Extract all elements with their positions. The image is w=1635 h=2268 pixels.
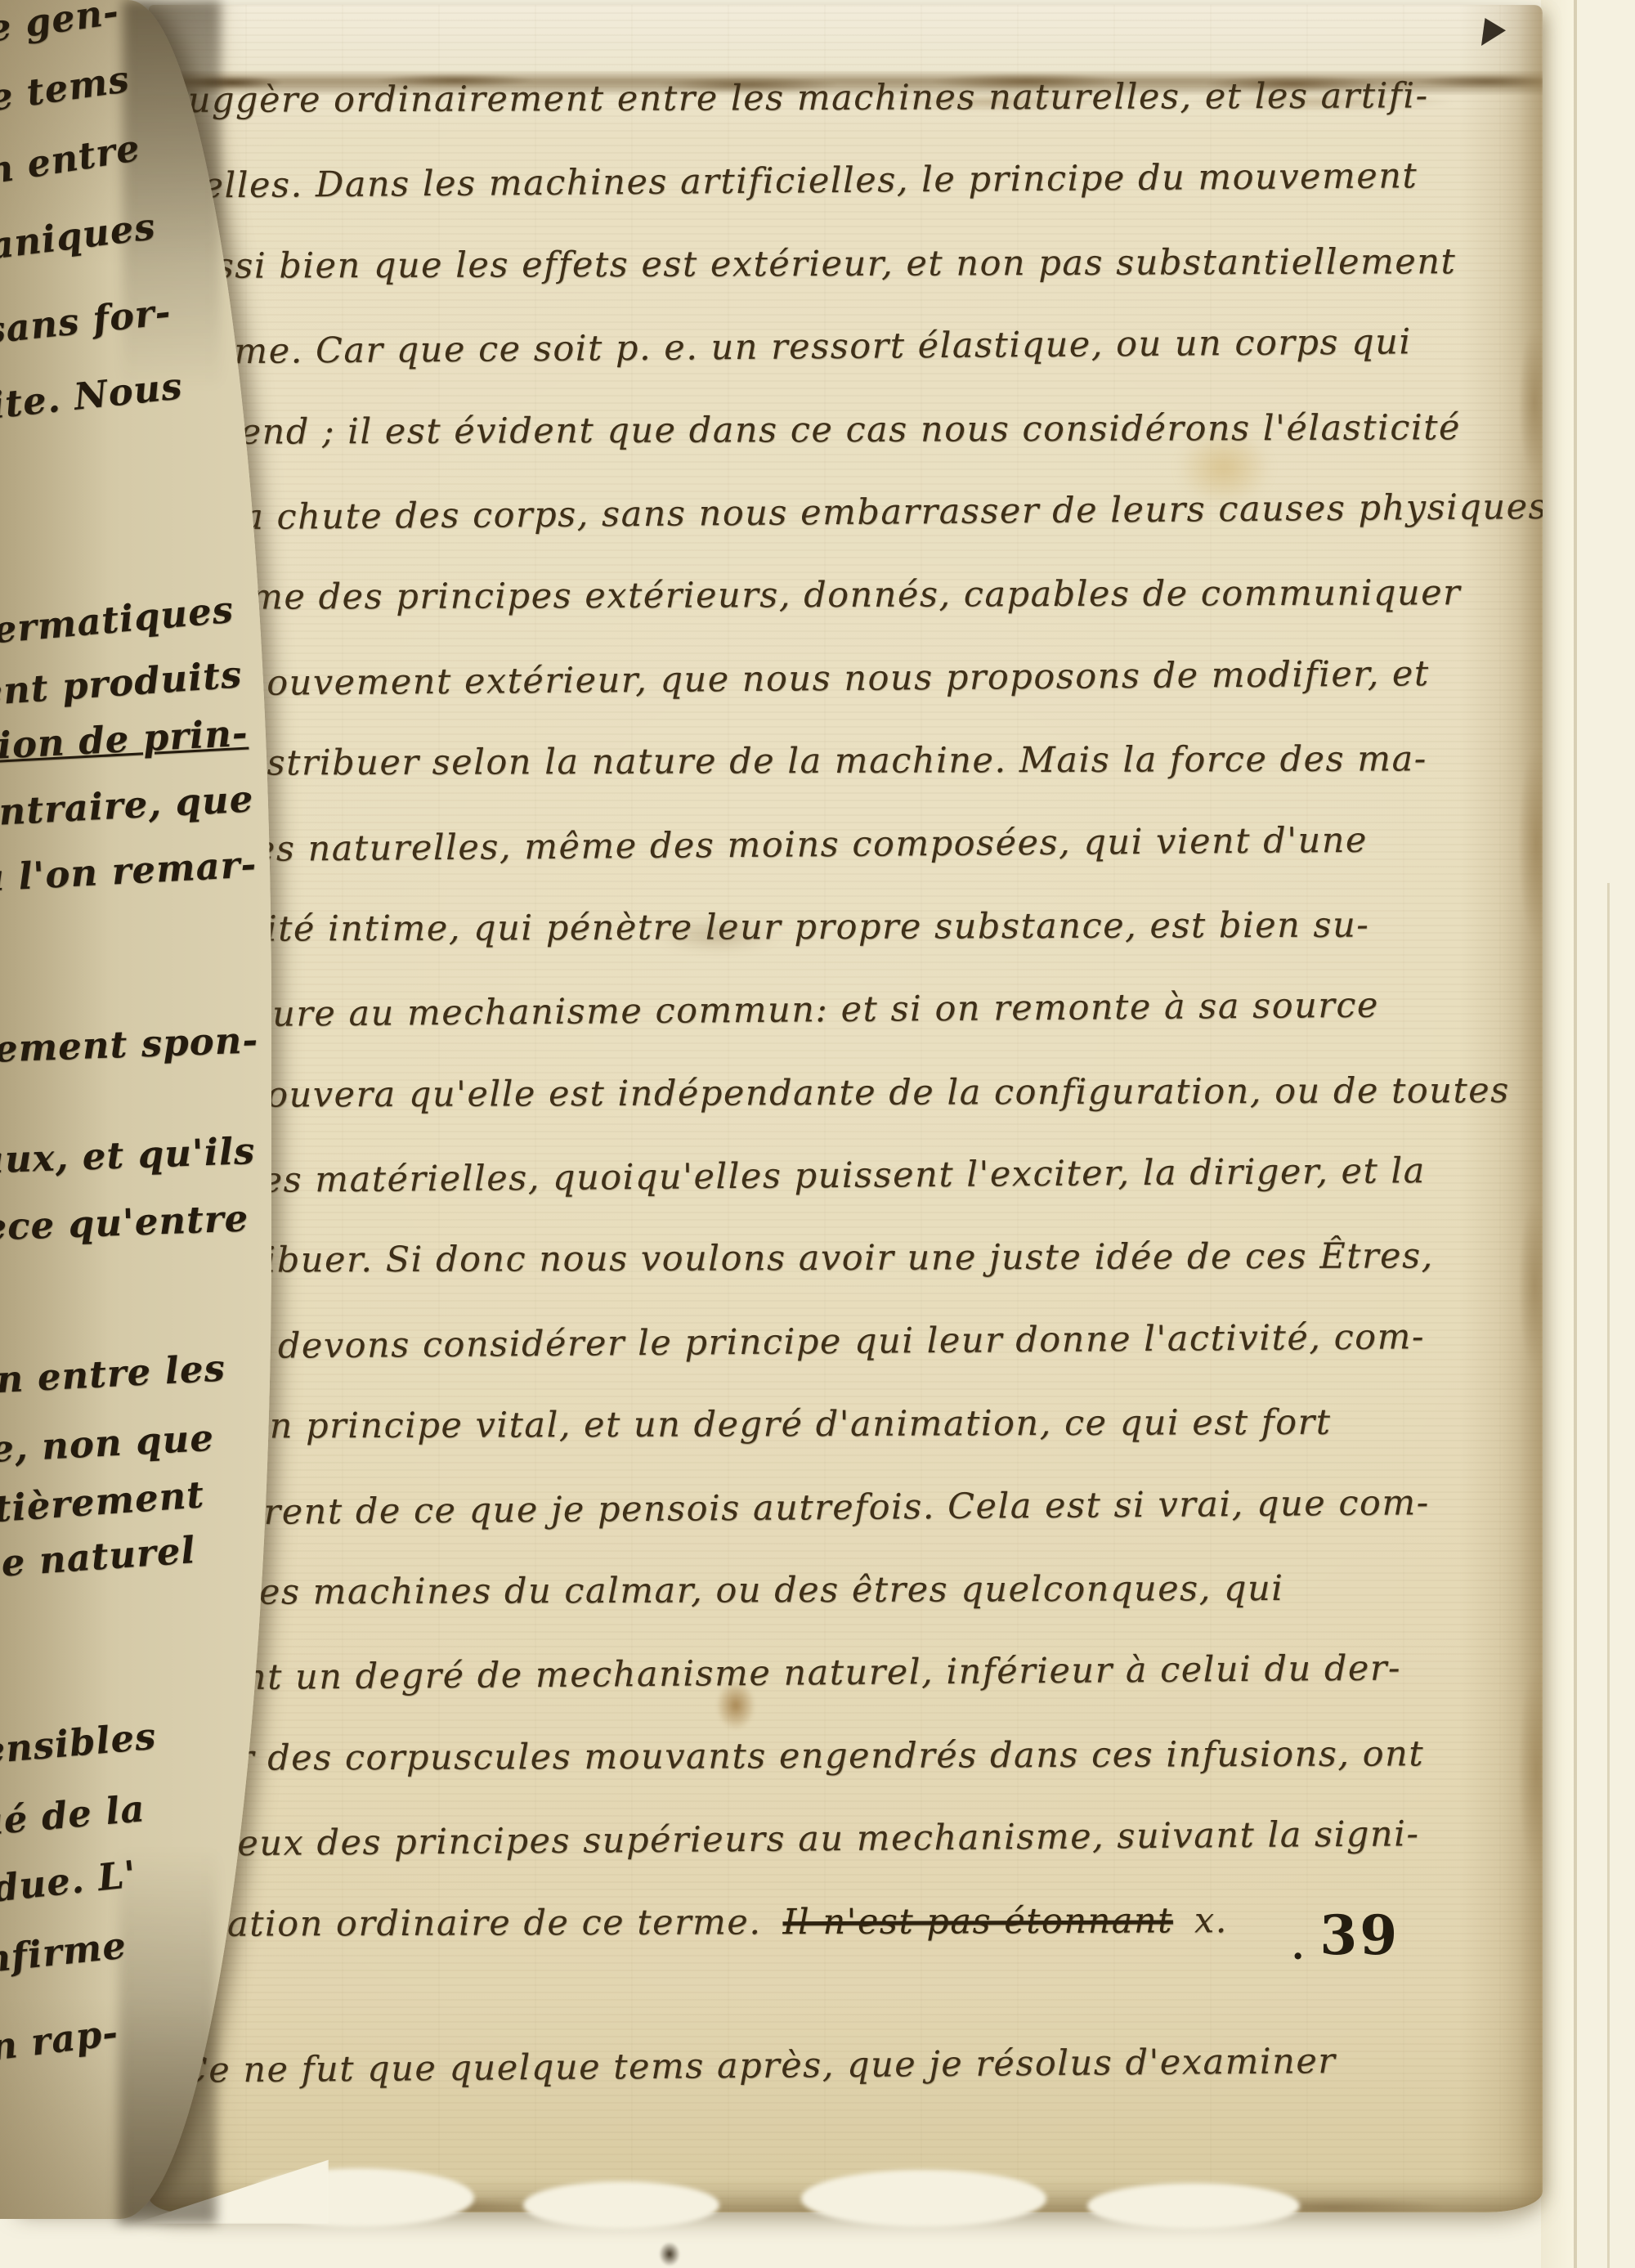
manuscript-scan: suggère ordinairement entre les machines… xyxy=(0,0,1635,2268)
manuscript-line: nier des corpuscules mouvants engendrés … xyxy=(179,1733,1532,1821)
manuscript-line: on trouvera qu'elle est indépendante de … xyxy=(175,1070,1528,1158)
manuscript-line: périeure au mechanisme commun: et si on … xyxy=(174,984,1528,1078)
manuscript-line: aussi bien que les effets est extérieur,… xyxy=(169,241,1522,329)
page-number-value: 39 xyxy=(1319,1903,1400,1967)
manuscript-line: un mouvement extérieur, que nous nous pr… xyxy=(172,652,1525,746)
binding-shadow-top xyxy=(123,0,221,458)
manuscript-page: suggère ordinairement entre les machines… xyxy=(149,5,1543,2212)
binding-shadow-bottom xyxy=(119,1782,217,2224)
manuscript-line: différent de ce que je pensois autrefois… xyxy=(177,1481,1530,1575)
manuscript-line: chines naturelles, même des moins compos… xyxy=(172,818,1526,912)
torn-edge xyxy=(801,2170,1046,2227)
manuscript-line: me un principe vital, et un degré d'anim… xyxy=(177,1401,1530,1489)
torn-edge xyxy=(523,2181,719,2229)
manuscript-line: distribuer. Si donc nous voulons avoir u… xyxy=(176,1235,1529,1323)
manuscript-line: nous devons considérer le principe qui l… xyxy=(176,1316,1530,1410)
manuscript-line: ayant un degré de mechanisme naturel, in… xyxy=(178,1647,1532,1741)
manuscript-line: causes matérielles, quoiqu'elles puissen… xyxy=(175,1150,1529,1244)
insertion-mark: x. xyxy=(1194,1900,1228,1941)
top-margin xyxy=(149,5,1543,74)
manuscript-line: me les machines du calmar, ou des êtres … xyxy=(177,1567,1530,1655)
manuscript-line: activité intime, qui pénètre leur propre… xyxy=(173,904,1526,992)
page-edge-gap xyxy=(1541,0,1575,2268)
manuscript-line: suggère ordinairement entre les machines… xyxy=(168,75,1521,163)
manuscript-line: cielles. Dans les machines artificielles… xyxy=(169,155,1523,249)
manuscript-line: comme des principes extérieurs, donnés, … xyxy=(172,572,1525,660)
page-number: . 39 xyxy=(1292,1903,1400,1967)
torn-edge xyxy=(1087,2183,1300,2229)
manuscript-line: dépend ; il est évident que dans ce cas … xyxy=(171,406,1524,494)
manuscript-line: intime. Car que ce soit p. e. un ressort… xyxy=(170,320,1524,415)
manuscript-line: en eux des principes supérieurs au mecha… xyxy=(179,1813,1533,1907)
manuscript-line: ou la chute des corps, sans nous embarra… xyxy=(171,486,1525,580)
struck-text: Il n'est pas étonnant xyxy=(782,1900,1173,1943)
manuscript-line: de distribuer selon la nature de la mach… xyxy=(172,738,1525,826)
backing-sheet-edge xyxy=(1574,0,1577,2268)
ink-mark xyxy=(659,2242,680,2266)
backing-sheet-edge-2 xyxy=(1607,883,1610,2268)
handwritten-text-block: suggère ordinairement entre les machines… xyxy=(168,74,1534,2131)
page-number-dot: . xyxy=(1292,1926,1306,1968)
manuscript-line: Ce ne fut que quelque tems après, que je… xyxy=(181,2039,1534,2133)
